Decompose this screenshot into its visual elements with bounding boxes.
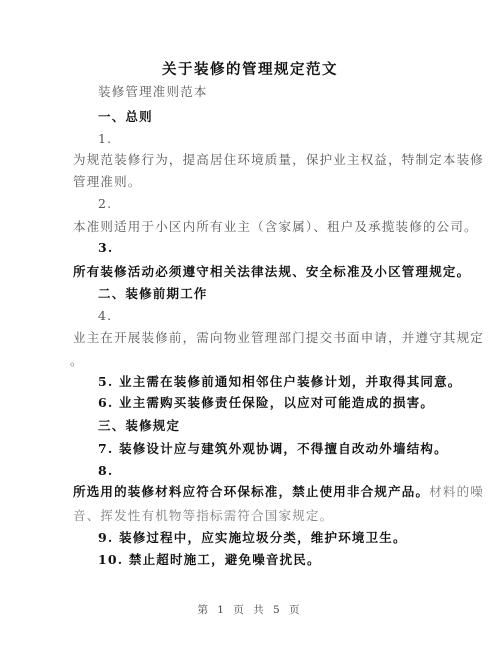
item-number-3: 3. <box>98 240 113 256</box>
item-number-1: 1. <box>98 131 112 147</box>
document-title: 关于装修的管理规定范文 <box>0 62 500 78</box>
item-1-text-line2: 管理准则。 <box>73 174 142 190</box>
item-3-text: 所有装修活动必须遵守相关法律法规、安全标准及小区管理规定。 <box>73 264 470 280</box>
item-number-2: 2. <box>98 196 112 212</box>
item-8-text-line2: 音、挥发性有机物等指标需符合国家规定。 <box>73 508 333 524</box>
item-8-gray-text: 材料的噪 <box>429 484 484 499</box>
item-9: 9. 装修过程中，应实施垃圾分类，维护环境卫生。 <box>98 530 407 546</box>
section-heading-rules: 三、装修规定 <box>98 418 180 434</box>
item-8-text-line1: 所选用的装修材料应符合环保标准，禁止使用非合规产品。材料的噪 <box>73 484 484 500</box>
section-heading-general: 一、总则 <box>98 109 153 125</box>
item-4-text-line2: 。 <box>70 353 84 369</box>
item-2-text: 本准则适用于小区内所有业主（含家属）、租户及承揽装修的公司。 <box>73 219 478 235</box>
item-10: 10. 禁止超时施工，避免噪音扰民。 <box>98 552 321 568</box>
item-5: 5. 业主需在装修前通知相邻住户装修计划，并取得其同意。 <box>98 374 462 390</box>
item-4-text-line1: 业主在开展装修前，需向物业管理部门提交书面申请，并遵守其规定 <box>73 330 484 346</box>
page-indicator: 第 1 页 共 5 页 <box>0 602 500 618</box>
section-heading-preparation: 二、装修前期工作 <box>98 286 208 302</box>
item-number-8: 8. <box>98 463 113 479</box>
item-6: 6. 业主需购买装修责任保险，以应对可能造成的损害。 <box>98 395 434 411</box>
item-8-bold-text: 所选用的装修材料应符合环保标准，禁止使用非合规产品。 <box>73 484 429 499</box>
document-subtitle: 装修管理准则范本 <box>98 84 208 100</box>
item-number-4: 4. <box>98 308 112 324</box>
item-1-text-line1: 为规范装修行为，提高居住环境质量，保护业主权益，特制定本装修 <box>73 152 484 168</box>
item-7: 7. 装修设计应与建筑外观协调，不得擅自改动外墙结构。 <box>98 441 448 457</box>
